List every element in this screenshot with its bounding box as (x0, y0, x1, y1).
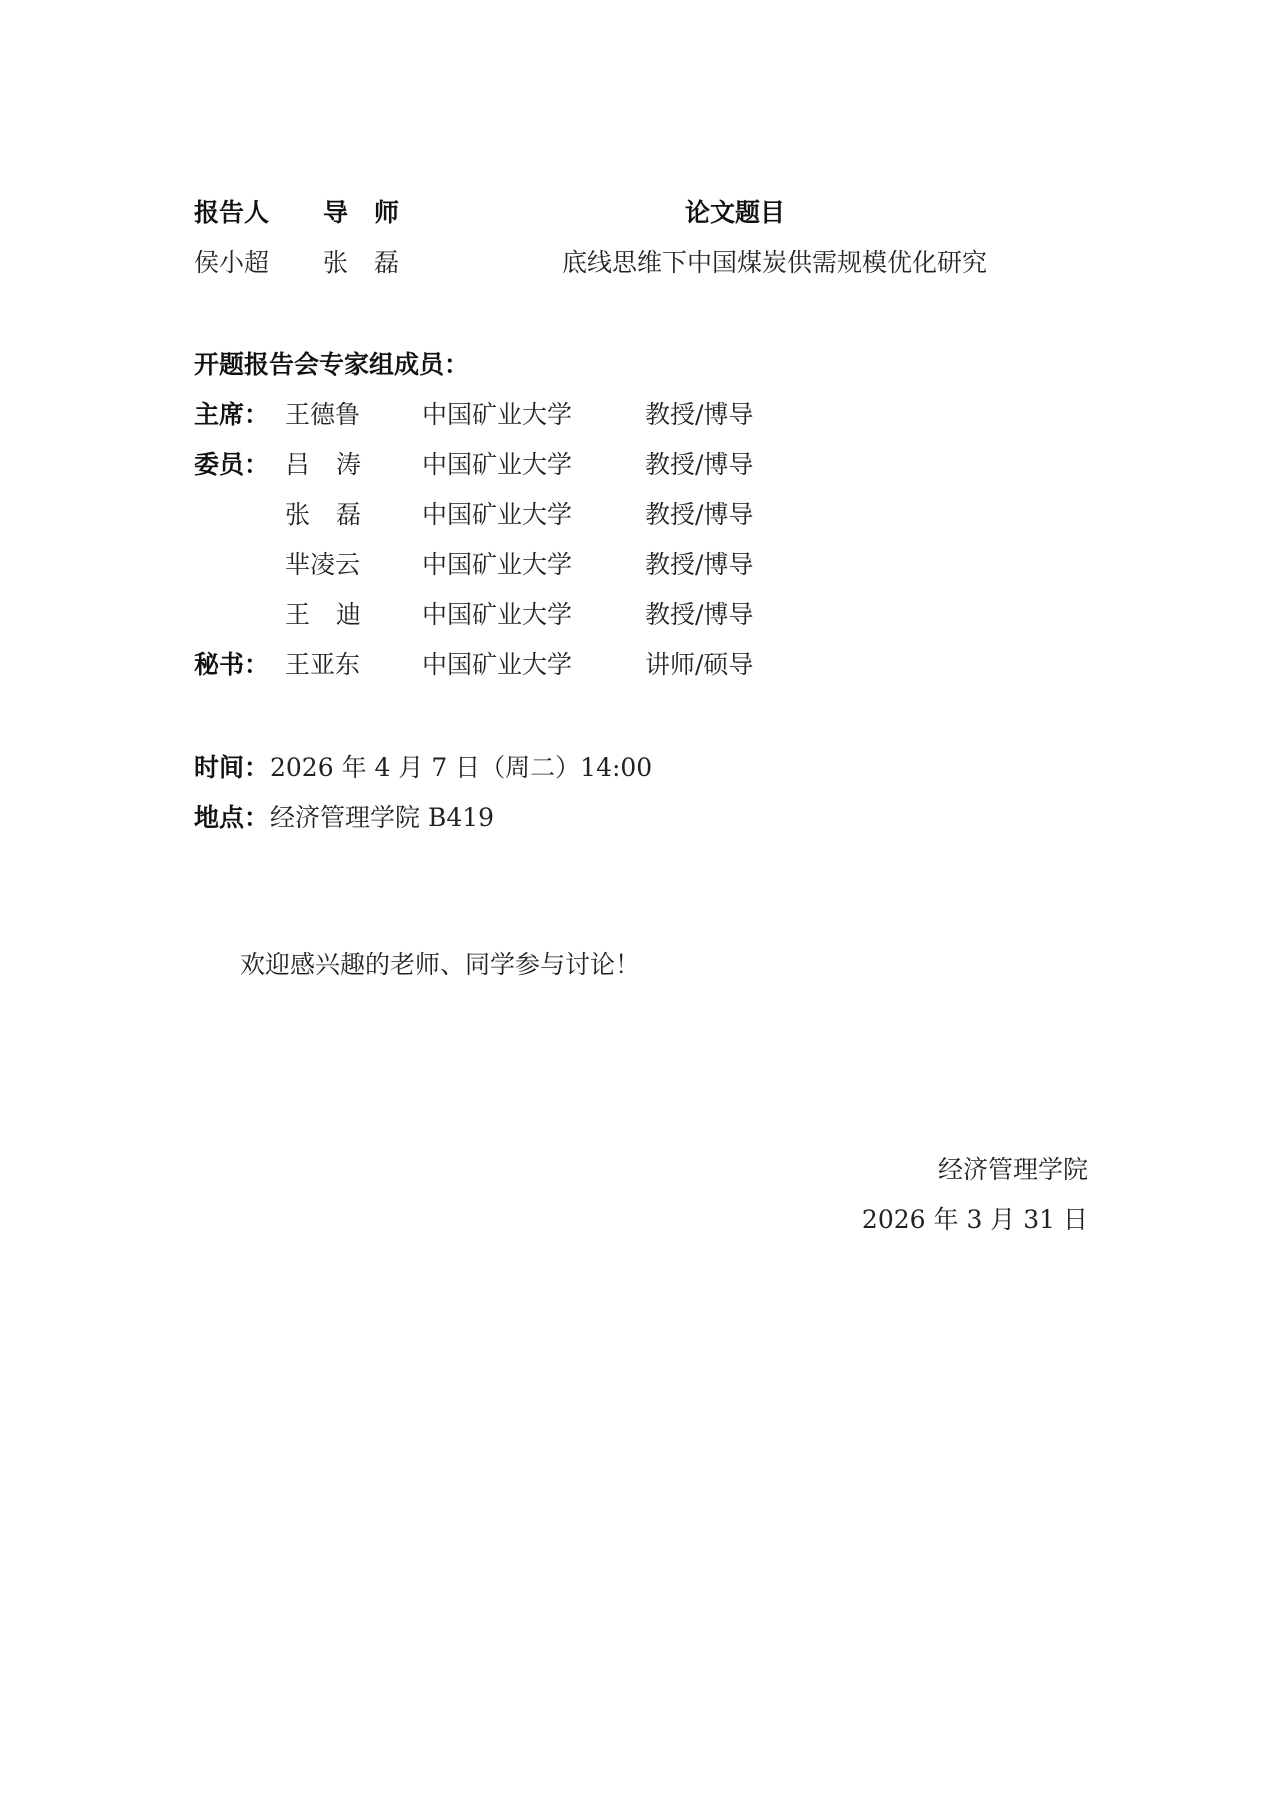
document-page: 报告人 导 师 论文题目 侯小超 张 磊 底线思维下中国煤炭供需规模优化研究 开… (0, 0, 1280, 1810)
member-position: 教授/博导 (645, 600, 753, 630)
invitation-text: 欢迎感兴趣的老师、同学参与讨论！ (240, 950, 640, 980)
member-institution: 中国矿业大学 (422, 450, 572, 480)
member-name-char1: 王 (285, 600, 310, 630)
time-value: 2026 年 4 月 7 日（周二）14:00 (270, 753, 652, 783)
member-institution: 中国矿业大学 (422, 650, 572, 680)
location-label: 地点： (194, 803, 269, 833)
advisor-column-header-char1: 导 (323, 198, 348, 228)
member-institution: 中国矿业大学 (422, 600, 572, 630)
member-role: 委员： (194, 450, 269, 480)
member-name-char2: 迪 (336, 600, 361, 630)
member-institution: 中国矿业大学 (422, 400, 572, 430)
member-name-char2: 磊 (336, 500, 361, 530)
member-role: 秘书： (194, 650, 269, 680)
member-position: 教授/博导 (645, 400, 753, 430)
member-name-char2: 涛 (336, 450, 361, 480)
advisor-name-char2: 磊 (374, 248, 399, 278)
advisor-name-char1: 张 (323, 248, 348, 278)
member-institution: 中国矿业大学 (422, 500, 572, 530)
member-position: 教授/博导 (645, 550, 753, 580)
member-name: 芈凌云 (285, 550, 360, 580)
member-position: 教授/博导 (645, 450, 753, 480)
advisor-column-header-char2: 师 (374, 198, 399, 228)
thesis-title-column-header: 论文题目 (685, 198, 785, 228)
thesis-title: 底线思维下中国煤炭供需规模优化研究 (562, 248, 987, 278)
member-name: 王德鲁 (285, 400, 360, 430)
location-value: 经济管理学院 B419 (270, 803, 494, 833)
member-position: 讲师/硕导 (645, 650, 753, 680)
member-name: 王亚东 (285, 650, 360, 680)
time-label: 时间： (194, 753, 269, 783)
member-institution: 中国矿业大学 (422, 550, 572, 580)
signature-date: 2026 年 3 月 31 日 (862, 1205, 1088, 1235)
member-role: 主席： (194, 400, 269, 430)
reporter-column-header: 报告人 (194, 198, 269, 228)
reporter-name: 侯小超 (194, 248, 269, 278)
signature-organization: 经济管理学院 (938, 1155, 1088, 1185)
committee-heading: 开题报告会专家组成员： (194, 350, 469, 380)
member-name-char1: 张 (285, 500, 310, 530)
member-name-char1: 吕 (285, 450, 310, 480)
member-position: 教授/博导 (645, 500, 753, 530)
